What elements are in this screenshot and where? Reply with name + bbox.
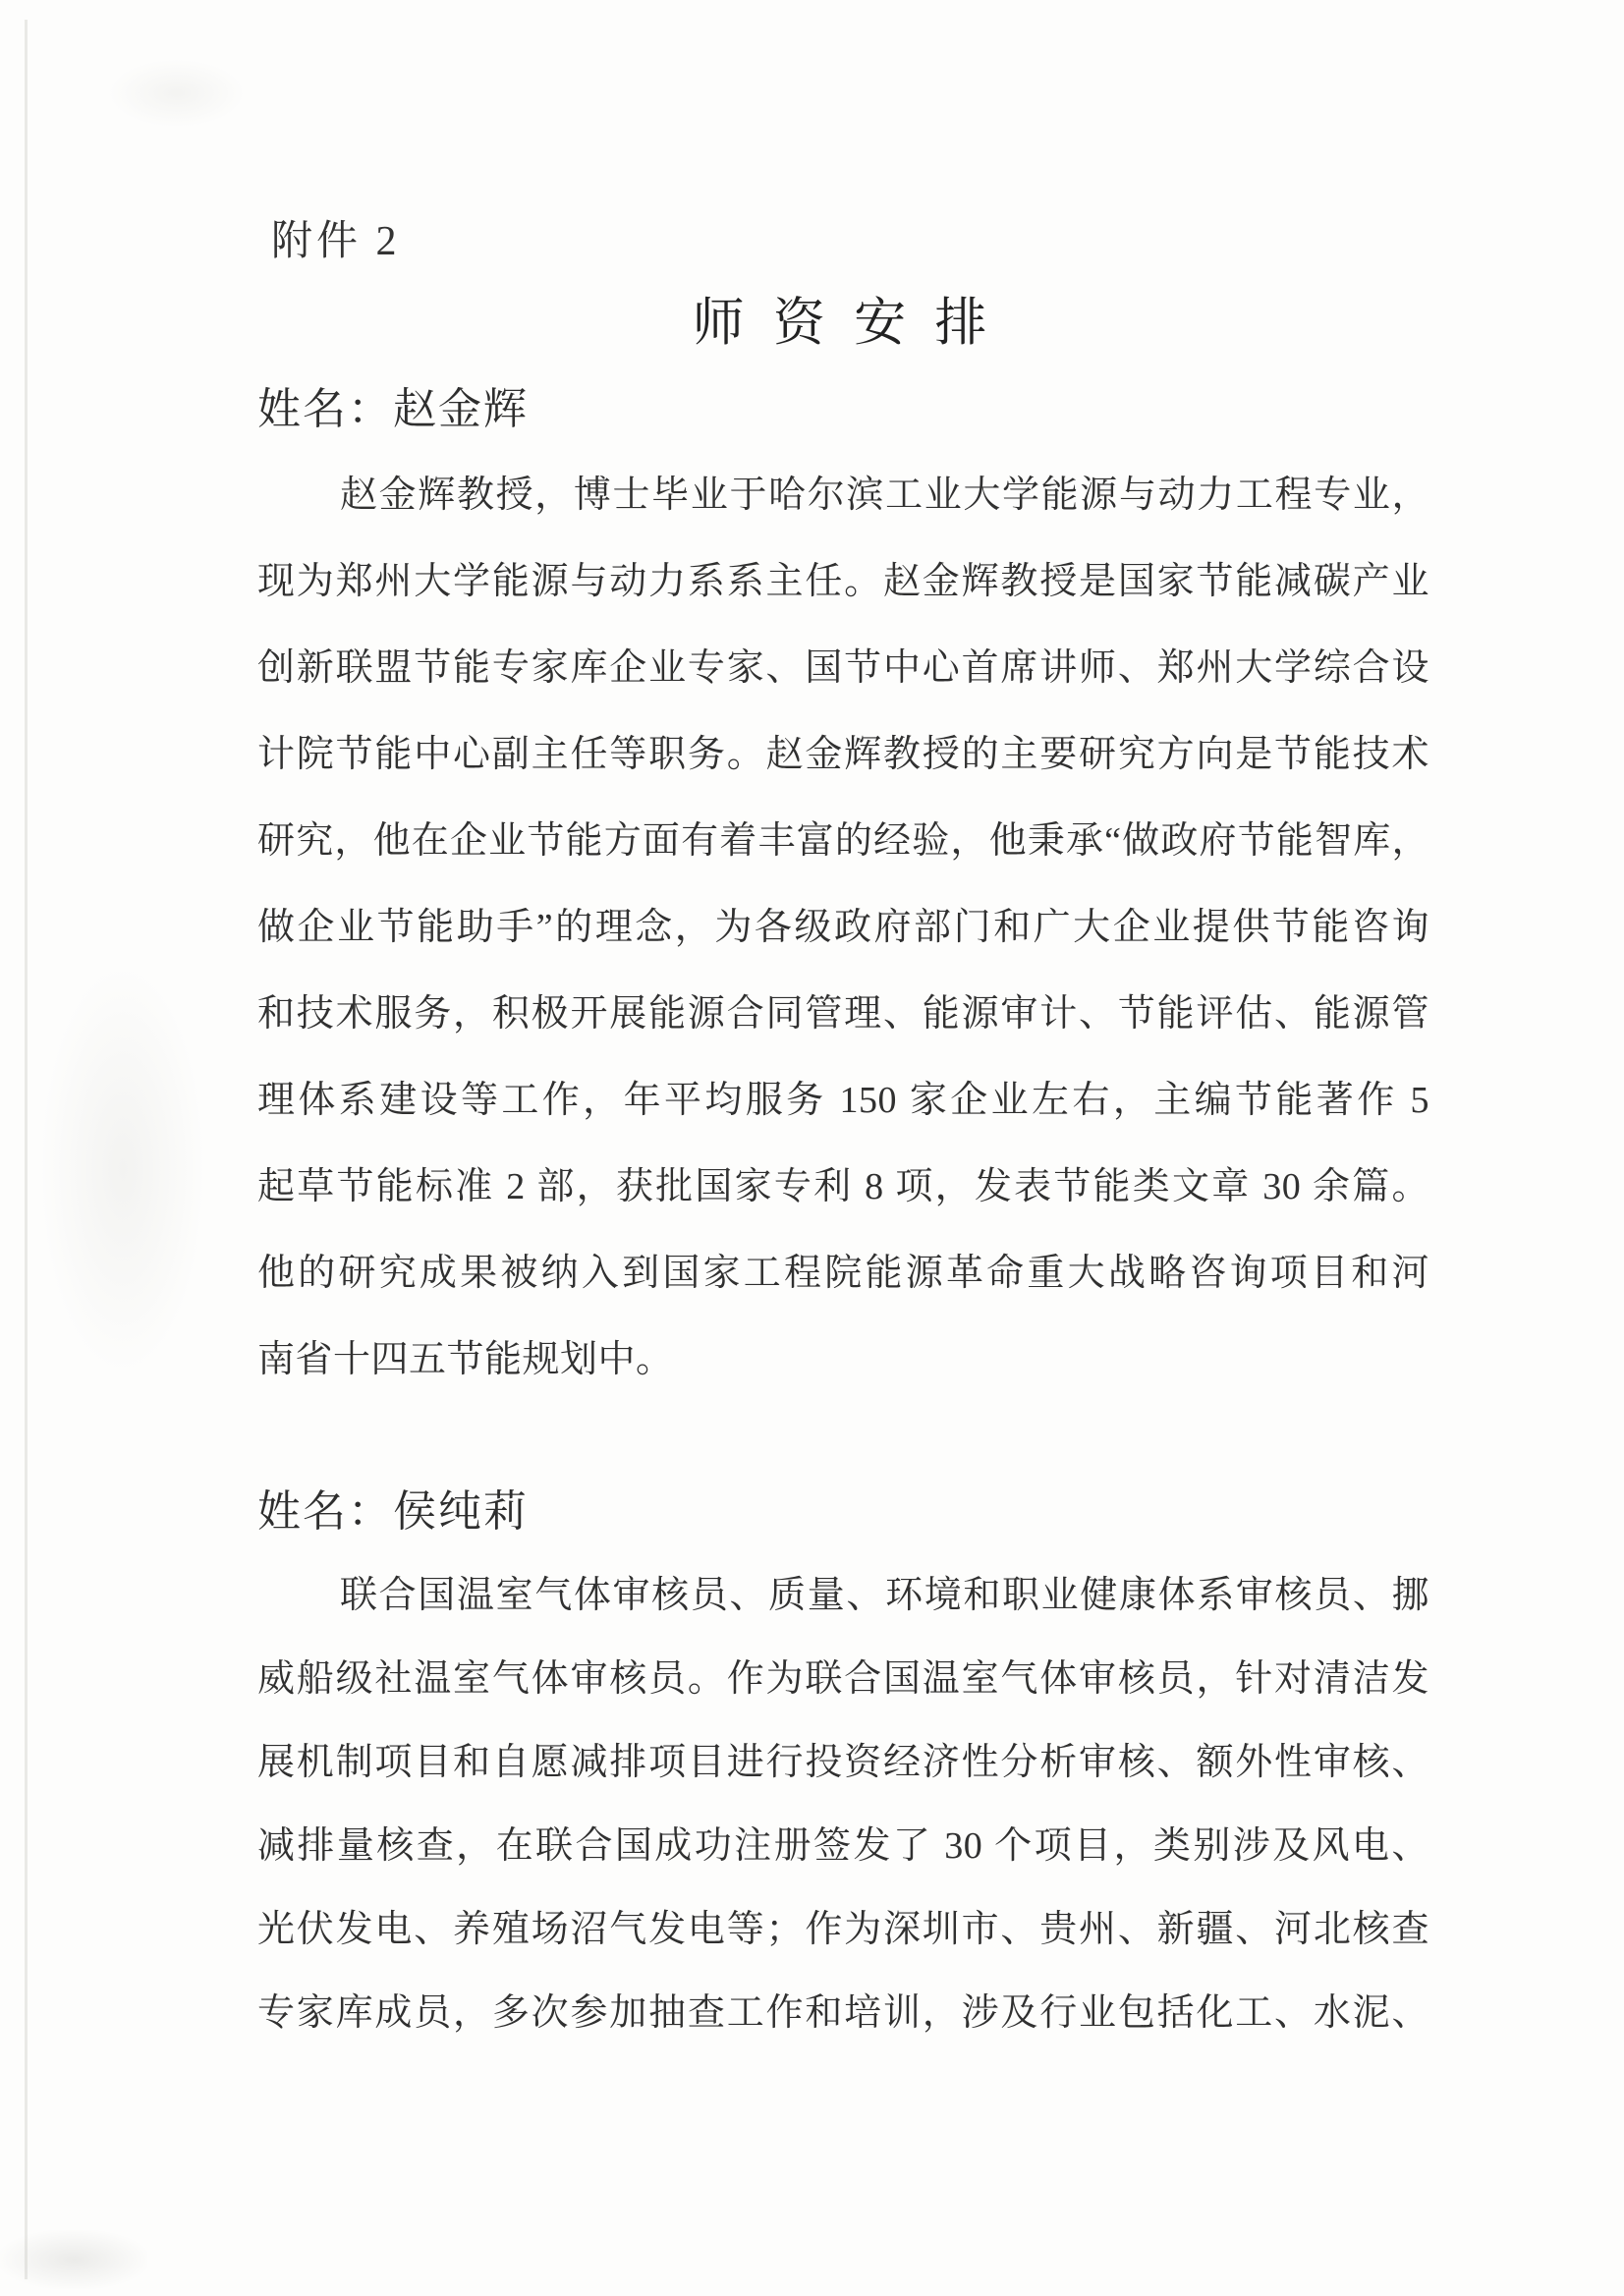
document-content: 附件 2 师 资 安 排 姓名：赵金辉 赵金辉教授，博士毕业于哈尔滨工业大学能源… — [257, 0, 1429, 2055]
page-title: 师 资 安 排 — [257, 291, 1429, 356]
text-line: 计院节能中心副主任等职务。赵金辉教授的主要研究方向是节能技术 — [257, 711, 1429, 798]
instructor-name-1: 姓名：赵金辉 — [257, 367, 1429, 452]
text-line: 创新联盟节能专家库企业专家、国节中心首席讲师、郑州大学综合设 — [257, 625, 1429, 711]
text-line: 展机制项目和自愿减排项目进行投资经济性分析审核、额外性审核、 — [257, 1721, 1429, 1805]
text-line: 理体系建设等工作，年平均服务 150 家企业左右，主编节能著作 5 本， — [257, 1057, 1429, 1144]
text-line: 研究，他在企业节能方面有着丰富的经验，他秉承“做政府节能智库， — [257, 798, 1429, 884]
scan-artifact — [39, 963, 206, 1375]
text-line: 减排量核查，在联合国成功注册签发了 30 个项目，类别涉及风电、 — [257, 1805, 1429, 1888]
instructor-name-2: 姓名：侯纯莉 — [257, 1470, 1429, 1554]
text-line: 和技术服务，积极开展能源合同管理、能源审计、节能评估、能源管 — [257, 971, 1429, 1057]
text-line: 专家库成员，多次参加抽查工作和培训，涉及行业包括化工、水泥、 — [257, 1972, 1429, 2055]
text-line: 他的研究成果被纳入到国家工程院能源革命重大战略咨询项目和河 — [257, 1230, 1429, 1316]
text-line: 联合国温室气体审核员、质量、环境和职业健康体系审核员、挪 — [257, 1554, 1429, 1638]
text-line: 威船级社温室气体审核员。作为联合国温室气体审核员，针对清洁发 — [257, 1638, 1429, 1721]
attachment-label: 附件 2 — [257, 216, 1429, 267]
text-line: 起草节能标准 2 部，获批国家专利 8 项，发表节能类文章 30 余篇。 — [257, 1144, 1429, 1230]
text-line: 做企业节能助手”的理念，为各级政府部门和广大企业提供节能咨询 — [257, 884, 1429, 971]
bio-paragraph-1: 赵金辉教授，博士毕业于哈尔滨工业大学能源与动力工程专业， 现为郑州大学能源与动力… — [257, 452, 1429, 1403]
text-line: 南省十四五节能规划中。 — [257, 1316, 1429, 1403]
scan-artifact — [0, 2230, 147, 2289]
document-page: 附件 2 师 资 安 排 姓名：赵金辉 赵金辉教授，博士毕业于哈尔滨工业大学能源… — [0, 0, 1624, 2296]
scan-artifact — [108, 59, 246, 128]
text-line: 赵金辉教授，博士毕业于哈尔滨工业大学能源与动力工程专业， — [257, 452, 1429, 538]
text-line: 现为郑州大学能源与动力系系主任。赵金辉教授是国家节能减碳产业 — [257, 538, 1429, 625]
scan-edge-shadow — [25, 20, 28, 2279]
bio-paragraph-2: 联合国温室气体审核员、质量、环境和职业健康体系审核员、挪 威船级社温室气体审核员… — [257, 1554, 1429, 2055]
text-line: 光伏发电、养殖场沼气发电等；作为深圳市、贵州、新疆、河北核查 — [257, 1888, 1429, 1972]
